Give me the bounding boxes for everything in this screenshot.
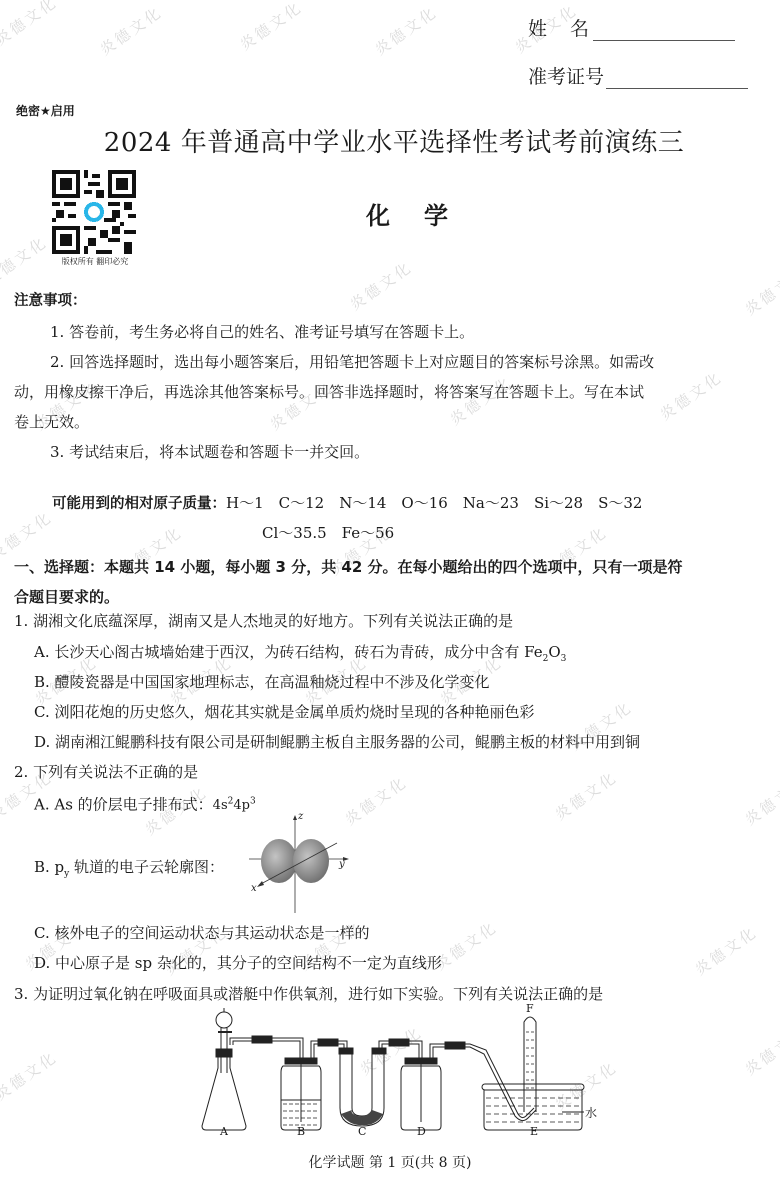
section-heading: 一、选择题：本题共 14 小题，每小题 3 分，共 42 分。在每小题给出的四个… [14,556,683,577]
apparatus-label-b: B [297,1125,305,1138]
notice-item-2-end: 卷上无效。 [14,407,89,437]
atomic-masses-line1: 可能用到的相对原子质量：H～1 C～12 N～14 O～16 Na～23 Si～… [52,488,642,519]
x-axis-label: x [251,883,257,894]
y-axis-label: y [339,859,345,870]
apparatus-label-e: E [530,1125,538,1138]
watermark: 炎德文化 [0,0,62,50]
question-2-option-a[interactable]: A. As 的价层电子排布式：4s24p3 [34,787,256,821]
watermark: 炎德文化 [235,0,306,55]
watermark: 炎德文化 [370,1,441,60]
question-1-option-c[interactable]: C. 浏阳花炮的历史悠久，烟花其实就是金属单质灼烧时呈现的各种艳丽色彩 [34,697,534,727]
exam-id-field[interactable]: 准考证号 [528,62,748,89]
apparatus-label-d: D [417,1125,426,1138]
question-2-option-b[interactable]: B. py 轨道的电子云轮廓图： [34,852,224,889]
water-label: 水 [585,1104,597,1121]
question-1-stem: 1. 湖湘文化底蕴深厚，湖南又是人杰地灵的好地方。下列有关说法正确的是 [14,606,513,636]
watermark: 炎德文化 [0,231,52,290]
name-label: 姓 名 [528,14,591,41]
question-2-stem: 2. 下列有关说法不正确的是 [14,757,198,787]
watermark: 炎德文化 [345,256,416,315]
subject-title: 化学 [0,196,780,231]
electron-config: 4s24p3 [213,798,256,813]
exam-id-label: 准考证号 [528,62,604,89]
notice-item-2-cont: 动，用橡皮擦干净后，再选涂其他答案标号。回答非选择题时，将答案写在答题卡上。写在… [14,377,644,407]
exam-id-blank[interactable] [606,68,748,89]
notice-item-1: 1. 答卷前，考生务必将自己的姓名、准考证号填写在答题卡上。 [50,317,474,347]
watermark: 炎德文化 [0,1046,62,1105]
watermark: 炎德文化 [690,921,761,980]
notice-item-3: 3. 考试结束后，将本试题卷和答题卡一并交回。 [50,437,369,467]
atomic-masses-label: 可能用到的相对原子质量： [52,496,226,512]
watermark: 炎德文化 [550,766,621,825]
confidential-label: 绝密★启用 [16,102,75,119]
chemical-formula: Fe2O3 [524,643,566,661]
watermark: 炎德文化 [740,1021,780,1080]
watermark: 炎德文化 [740,261,780,320]
z-axis-label: z [298,811,303,822]
atomic-masses-values-1: H～1 C～12 N～14 O～16 Na～23 Si～28 S～32 [226,494,642,512]
exam-title: 2024 年普通高中学业水平选择性考试考前演练三 [0,122,780,159]
question-2-option-c[interactable]: C. 核外电子的空间运动状态与其运动状态是一样的 [34,918,369,948]
atomic-masses-line2: Cl～35.5 Fe～56 [262,518,394,548]
question-1-option-d[interactable]: D. 湖南湘江鲲鹏科技有限公司是研制鲲鹏主板自主服务器的公司，鲲鹏主板的材料中用… [34,727,640,757]
notice-heading: 注意事项： [14,289,87,310]
apparatus-label-a: A [220,1125,228,1138]
question-2-option-d[interactable]: D. 中心原子是 sp 杂化的，其分子的空间结构不一定为直线形 [34,948,442,978]
watermark: 炎德文化 [740,771,780,830]
notice-item-2: 2. 回答选择题时，选出每小题答案后，用铅笔把答题卡上对应题目的答案标号涂黑。如… [50,347,654,377]
name-blank[interactable] [593,20,735,41]
question-3-stem: 3. 为证明过氧化钠在呼吸面具或潜艇中作供氧剂，进行如下实验。下列有关说法正确的… [14,979,603,1009]
question-1-option-b[interactable]: B. 醴陵瓷器是中国国家地理标志，在高温釉烧过程中不涉及化学变化 [34,667,490,697]
page-footer: 化学试题 第 1 页(共 8 页) [0,1152,780,1172]
watermark: 炎德文化 [655,366,726,425]
p-orbital-diagram: z y x [245,815,365,915]
apparatus-diagram: A B C D E F 水 [190,1008,590,1143]
qr-caption: 版权所有 翻印必究 [52,256,138,267]
name-field[interactable]: 姓 名 [528,14,735,41]
section-heading-cont: 合题目要求的。 [14,586,119,607]
apparatus-label-f: F [526,1002,534,1015]
apparatus-label-c: C [358,1125,366,1138]
watermark: 炎德文化 [95,1,166,60]
